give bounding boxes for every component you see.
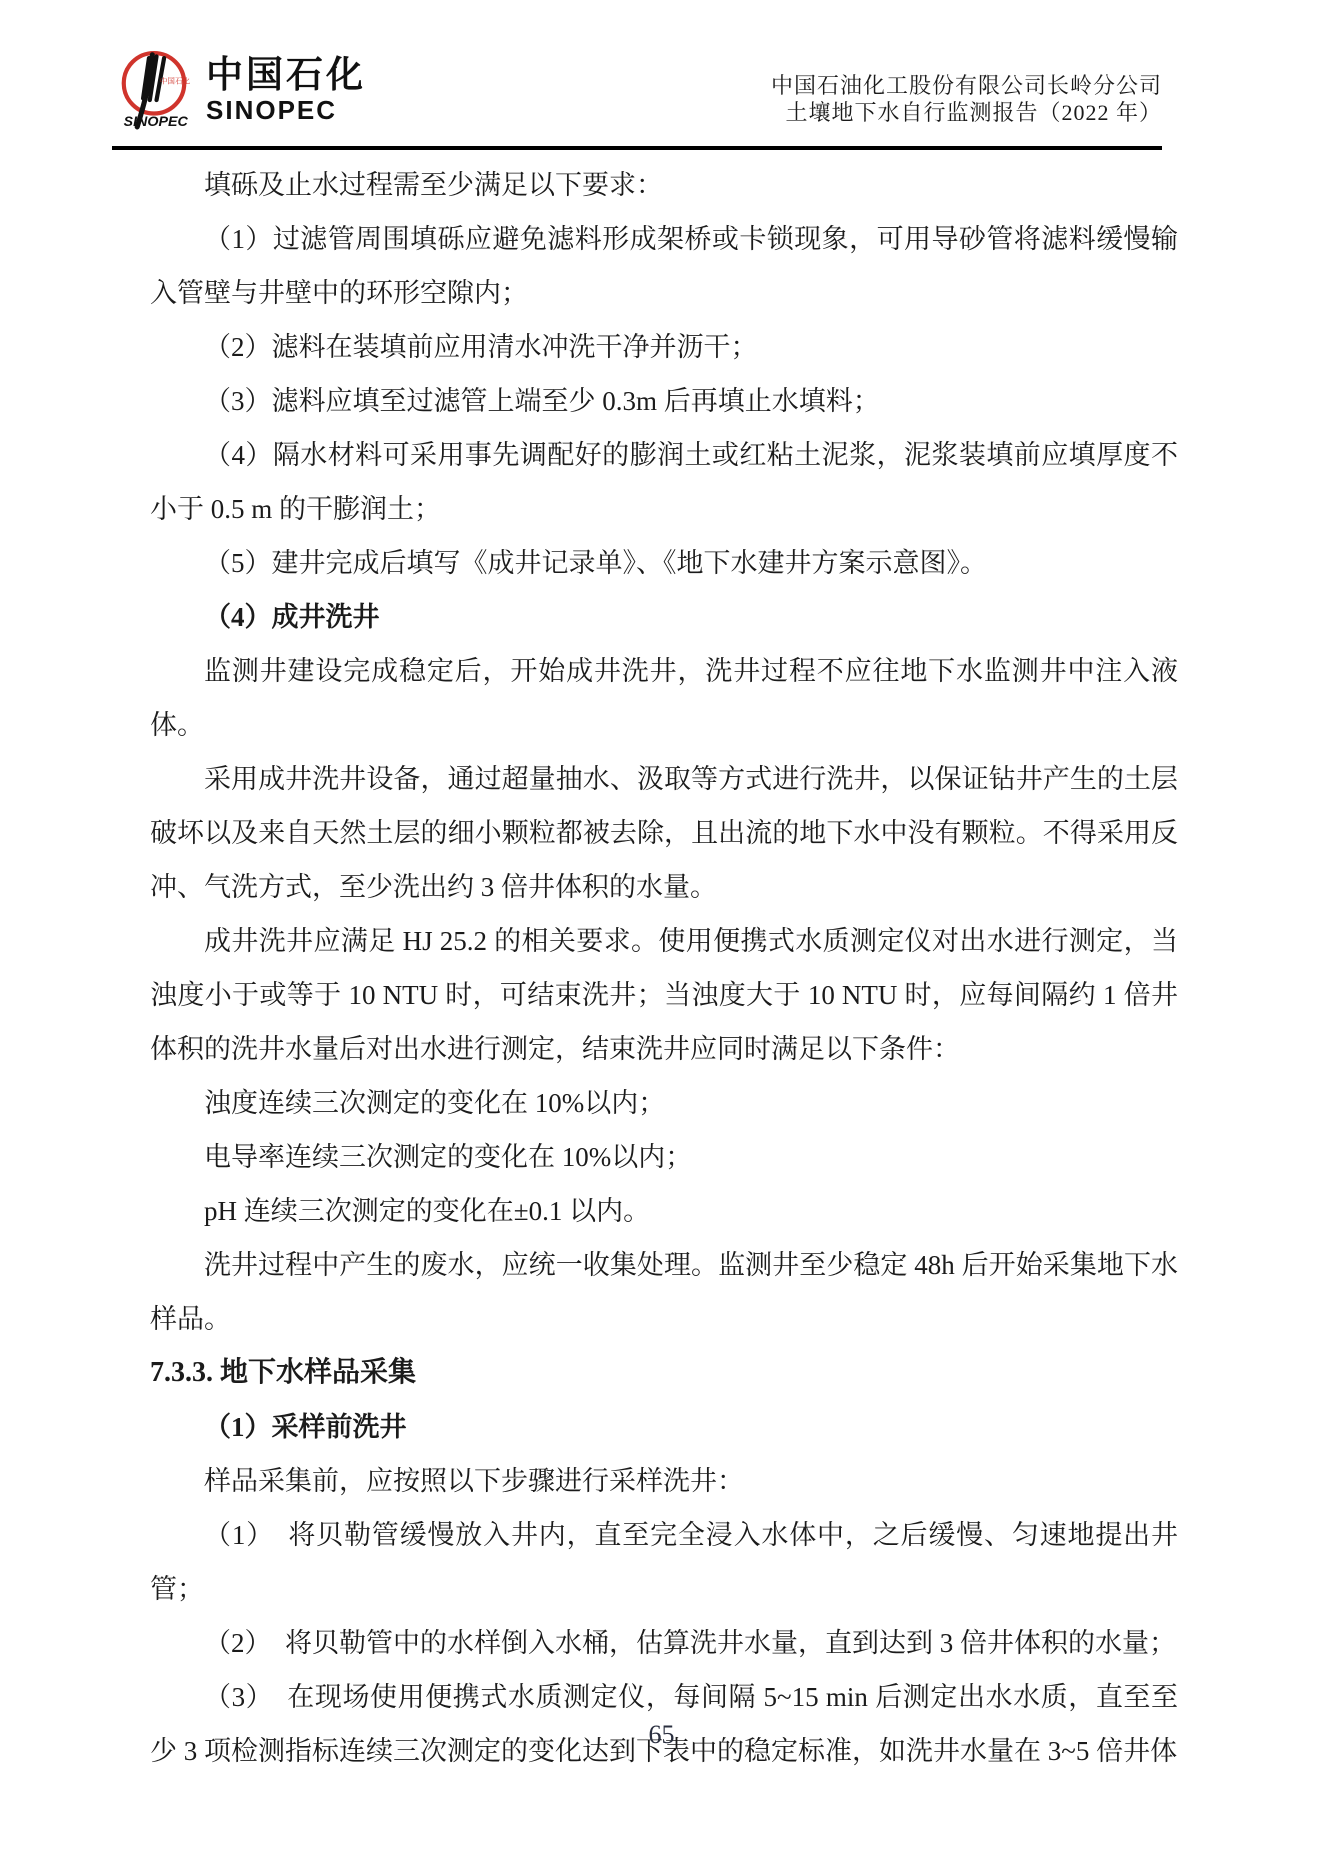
paragraph: pH 连续三次测定的变化在±0.1 以内。	[150, 1184, 1178, 1238]
paragraph: （1） 将贝勒管缓慢放入井内，直至完全浸入水体中，之后缓慢、匀速地提出井管；	[150, 1508, 1178, 1616]
page-footer: 65	[0, 1720, 1323, 1750]
logo-wordmark: 中国石化 SINOPEC	[206, 56, 366, 124]
emblem-cn-text: 中国石化	[160, 75, 191, 85]
paragraph: （2）滤料在装填前应用清水冲洗干净并沥干；	[150, 320, 1178, 374]
paragraph: 填砾及止水过程需至少满足以下要求：	[150, 158, 1178, 212]
report-title: 土壤地下水自行监测报告（2022 年）	[771, 99, 1162, 126]
section-heading: 7.3.3. 地下水样品采集	[150, 1346, 1178, 1400]
sinopec-emblem-icon: 中国石化 SINOPEC	[112, 46, 196, 134]
document-body: 填砾及止水过程需至少满足以下要求：（1）过滤管周围填砾应避免滤料形成架桥或卡锁现…	[150, 158, 1178, 1778]
paragraph: （3）滤料应填至过滤管上端至少 0.3m 后再填止水填料；	[150, 374, 1178, 428]
paragraph: 浊度连续三次测定的变化在 10%以内；	[150, 1076, 1178, 1130]
page-number: 65	[649, 1720, 675, 1749]
paragraph: （5）建井完成后填写《成井记录单》、《地下水建井方案示意图》。	[150, 536, 1178, 590]
paragraph: 监测井建设完成稳定后，开始成井洗井，洗井过程不应往地下水监测井中注入液体。	[150, 644, 1178, 752]
sinopec-logo: 中国石化 SINOPEC 中国石化 SINOPEC	[112, 46, 366, 134]
logo-en-text: SINOPEC	[206, 96, 366, 124]
section-heading: （1）采样前洗井	[150, 1400, 1178, 1454]
paragraph: 样品采集前，应按照以下步骤进行采样洗井：	[150, 1454, 1178, 1508]
paragraph: （2） 将贝勒管中的水样倒入水桶，估算洗井水量，直到达到 3 倍井体积的水量；	[150, 1616, 1178, 1670]
paragraph: （1）过滤管周围填砾应避免滤料形成架桥或卡锁现象，可用导砂管将滤料缓慢输入管壁与…	[150, 212, 1178, 320]
section-heading: （4）成井洗井	[150, 590, 1178, 644]
paragraph: 成井洗井应满足 HJ 25.2 的相关要求。使用便携式水质测定仪对出水进行测定，…	[150, 914, 1178, 1076]
header-rule	[112, 146, 1162, 150]
paragraph: 洗井过程中产生的废水，应统一收集处理。监测井至少稳定 48h 后开始采集地下水样…	[150, 1238, 1178, 1346]
report-header-text: 中国石油化工股份有限公司长岭分公司 土壤地下水自行监测报告（2022 年）	[771, 46, 1162, 126]
paragraph: （4）隔水材料可采用事先调配好的膨润土或红粘土泥浆，泥浆装填前应填厚度不小于 0…	[150, 428, 1178, 536]
document-page: 中国石化 SINOPEC 中国石化 SINOPEC 中国石油化工股份有限公司长岭…	[0, 0, 1323, 1871]
page-header: 中国石化 SINOPEC 中国石化 SINOPEC 中国石油化工股份有限公司长岭…	[112, 46, 1162, 134]
emblem-en-text: SINOPEC	[124, 114, 189, 130]
paragraph: 采用成井洗井设备，通过超量抽水、汲取等方式进行洗井，以保证钻井产生的土层破坏以及…	[150, 752, 1178, 914]
company-name: 中国石油化工股份有限公司长岭分公司	[771, 72, 1162, 99]
logo-cn-text: 中国石化	[206, 56, 366, 96]
paragraph: 电导率连续三次测定的变化在 10%以内；	[150, 1130, 1178, 1184]
